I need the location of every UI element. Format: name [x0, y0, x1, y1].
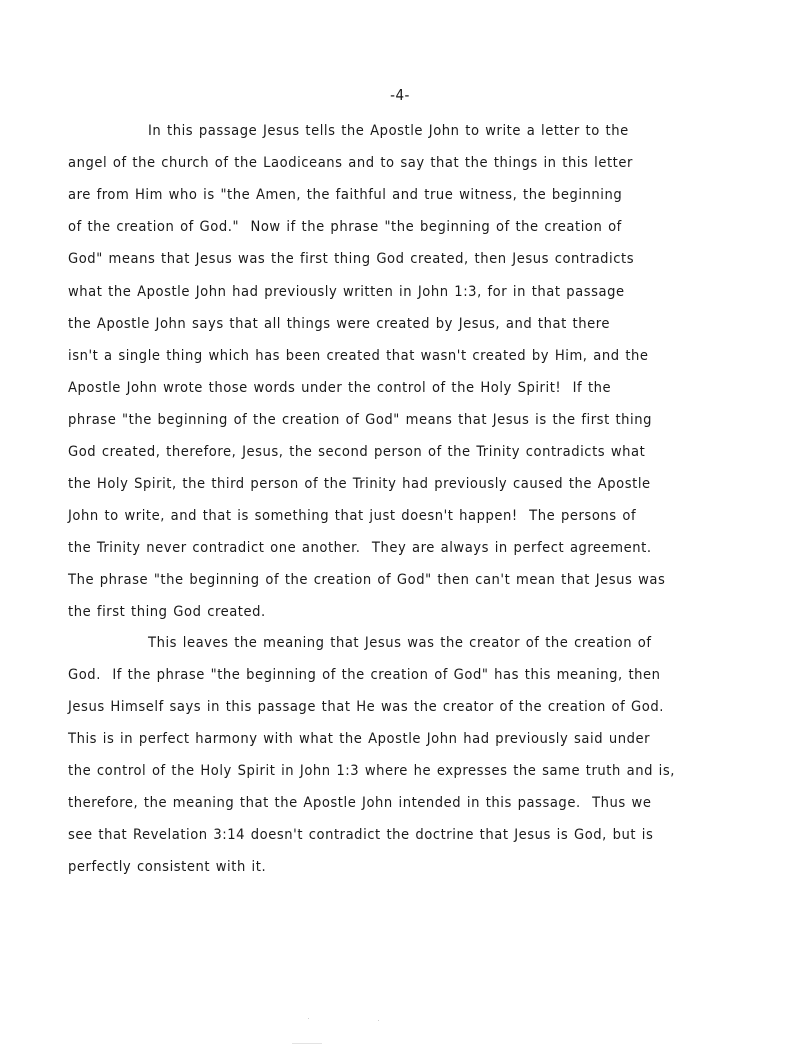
text-line: what the Apostle John had previously wri…	[68, 283, 625, 301]
text-line: God. If the phrase "the beginning of the…	[68, 666, 661, 684]
text-line: In this passage Jesus tells the Apostle …	[148, 122, 629, 140]
text-line: Jesus Himself says in this passage that …	[68, 698, 664, 716]
text-line: angel of the church of the Laodiceans an…	[68, 154, 633, 172]
text-line: John to write, and that is something tha…	[68, 507, 636, 525]
text-line: the Trinity never contradict one another…	[68, 539, 652, 557]
text-line: God" means that Jesus was the first thin…	[68, 250, 634, 268]
text-line: perfectly consistent with it.	[68, 858, 266, 876]
text-line: the Holy Spirit, the third person of the…	[68, 475, 651, 493]
text-line: phrase "the beginning of the creation of…	[68, 411, 652, 429]
scan-speck	[292, 1043, 322, 1044]
text-line: This leaves the meaning that Jesus was t…	[148, 634, 652, 652]
page-number: -4-	[0, 86, 800, 104]
text-line: This is in perfect harmony with what the…	[68, 730, 650, 748]
text-line: the Apostle John says that all things we…	[68, 315, 610, 333]
text-line: the first thing God created.	[68, 603, 266, 621]
text-line: Apostle John wrote those words under the…	[68, 379, 611, 397]
scan-speck	[378, 1020, 379, 1021]
document-page: -4- In this passage Jesus tells the Apos…	[0, 0, 800, 1050]
text-line: therefore, the meaning that the Apostle …	[68, 794, 651, 812]
text-line: The phrase "the beginning of the creatio…	[68, 571, 665, 589]
text-line: see that Revelation 3:14 doesn't contrad…	[68, 826, 653, 844]
text-line: the control of the Holy Spirit in John 1…	[68, 762, 675, 780]
text-line: of the creation of God." Now if the phra…	[68, 218, 622, 236]
text-line: God created, therefore, Jesus, the secon…	[68, 443, 645, 461]
text-line: isn't a single thing which has been crea…	[68, 347, 649, 365]
scan-speck	[308, 1018, 309, 1019]
text-line: are from Him who is "the Amen, the faith…	[68, 186, 622, 204]
